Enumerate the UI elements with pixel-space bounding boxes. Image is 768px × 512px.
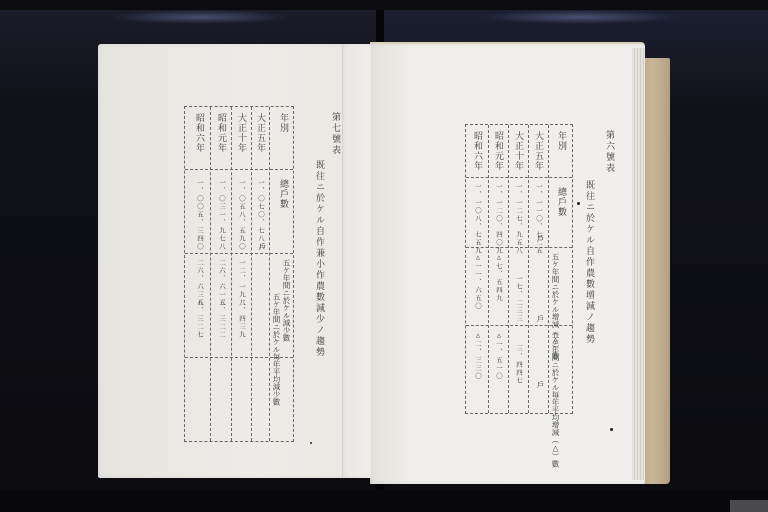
row-change: 一七、二三三 [515,275,522,323]
row-total: 一、〇〇五、三四〇 [196,179,203,251]
unit-label: 戶 [258,243,266,251]
row-total: 一、一〇八、七五九 [474,183,481,255]
unit-label: 戶 [536,235,544,243]
row-year: 昭和元年 [216,113,226,153]
row-avg: 二、四三九 [238,299,245,339]
row-total: 一、一二〇、四〇九 [495,183,502,255]
header-total-label: 總戶數 [278,179,288,209]
ink-speck [577,202,580,205]
header-year-label: 年別 [278,113,288,133]
header-avg-label: 五ケ年間ニ於ケル毎年平均減少數 [272,293,280,353]
row-total: 一、〇三一、九七八 [218,179,225,251]
row-avg: △二、三三〇 [474,331,481,381]
row-year: 大正十年 [513,131,523,171]
left-table-number: 第七號表 [330,112,340,156]
row-total: 一、〇七〇、七八八 [257,179,264,251]
row-year: 昭和六年 [472,131,482,171]
row-avg: 五、三二七 [196,299,203,339]
row-total: 一、〇五八、五九〇 [238,179,245,251]
right-table-number: 第六號表 [604,130,614,174]
page-edges [632,48,644,480]
row-year: 大正十年 [236,113,246,153]
left-page-gutter [342,44,371,478]
left-table-caption: 既往ニ於ケル自作兼小作農數減少ノ趨勢 [314,160,324,358]
row-year: 昭和六年 [194,113,204,153]
left-table: 年別 總戶數 五ケ年間ニ於ケル減少數 五ケ年間ニ於ケル毎年平均減少數 大正五年 … [184,106,294,442]
unit-label: 戶 [536,315,544,323]
row-total: 一、一二七、九五八 [515,183,522,255]
row-change: △七、五四九 [495,253,502,303]
bottom-shadow [0,490,768,512]
header-total-label: 總戶數 [556,187,566,217]
row-year: 昭和元年 [493,131,503,171]
header-year-label: 年別 [556,131,566,151]
ink-speck [310,442,312,444]
light-glare [480,10,680,24]
right-table: 年別 總戶數 五ケ年間ニ於ケル增減（△）數 五ケ年間ニ於ケル毎年平均增減（△）數… [465,124,573,414]
header-change-label: 五ケ年間ニ於ケル增減（△）數 [551,253,559,323]
unit-label: 戶 [536,381,544,389]
light-glare [110,10,290,24]
right-table-caption: 既往ニ於ケル自作農數增減ノ趨勢 [584,180,594,345]
row-avg: △一、五一〇 [495,331,502,381]
row-total: 一、一一〇、七二五 [535,183,542,255]
row-year: 大正五年 [533,131,543,171]
row-avg: 五、三二二 [218,299,225,339]
header-avg-label: 五ケ年間ニ於ケル毎年平均增減（△）數 [551,331,559,409]
row-avg: 三、四四七 [515,345,522,385]
row-year: 大正五年 [255,113,265,153]
corner-marker [730,500,768,512]
row-change: △一一、六五〇 [474,253,481,311]
ink-speck [610,428,613,431]
